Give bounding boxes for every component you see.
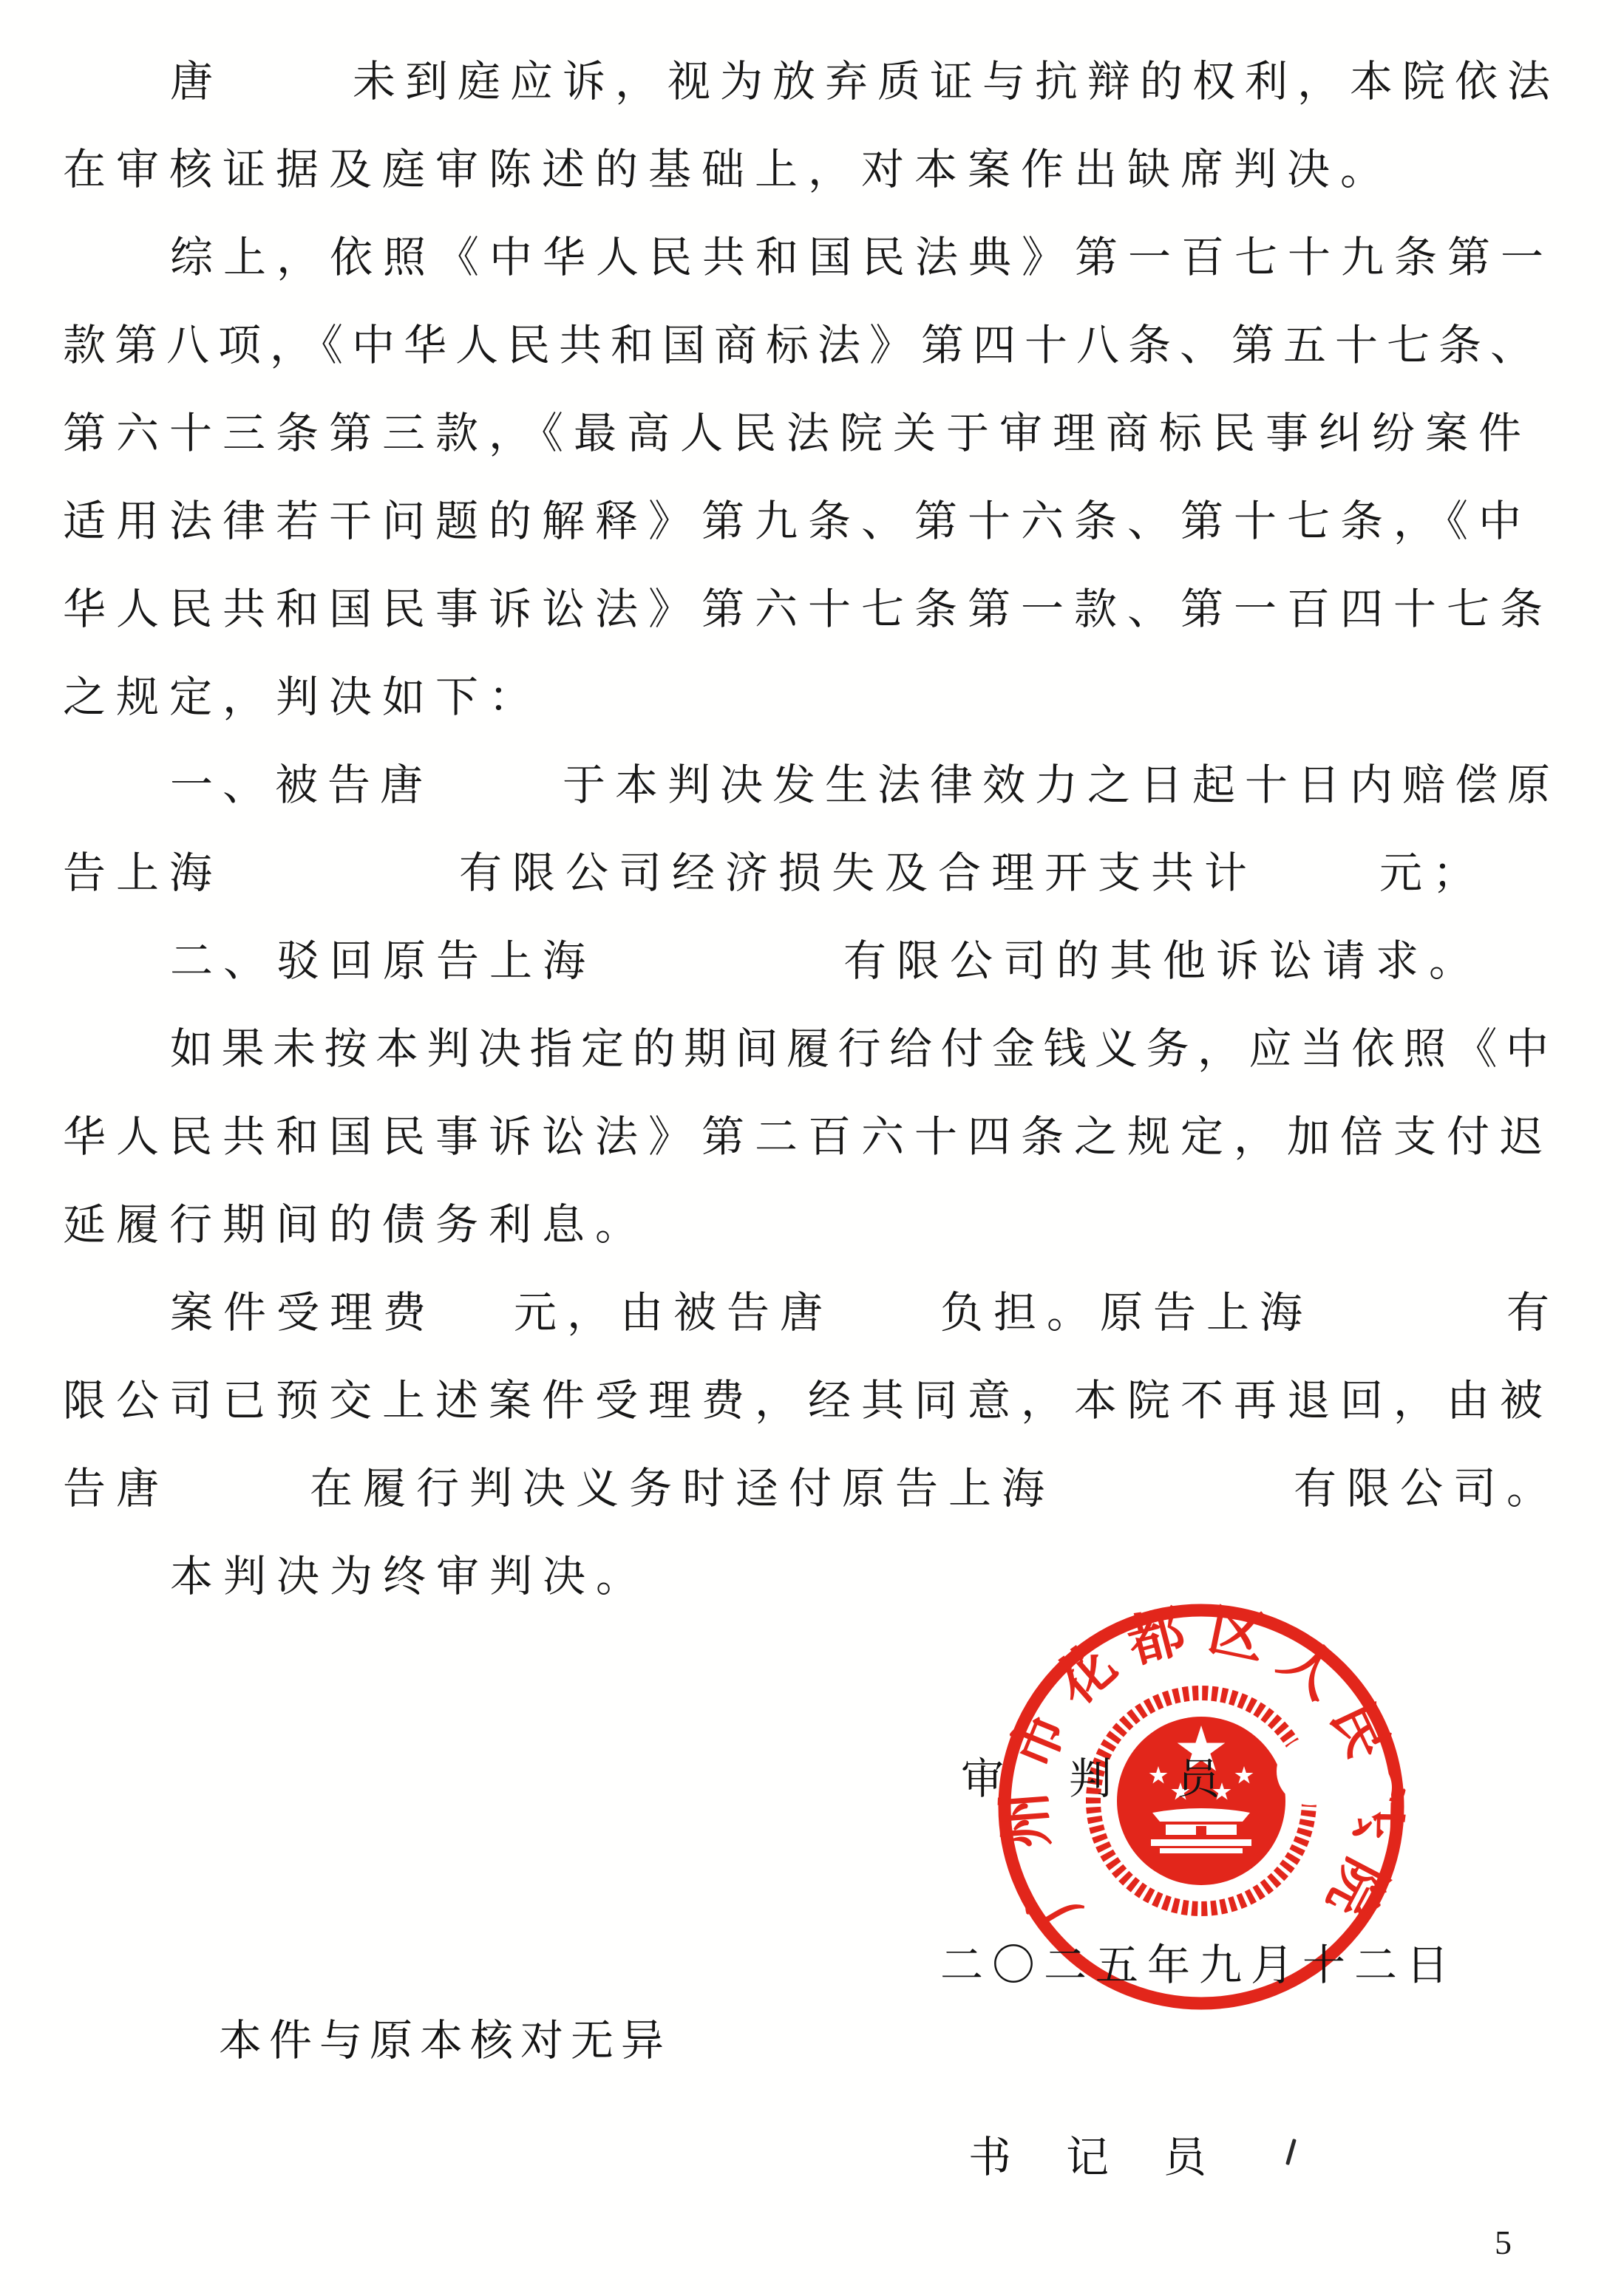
body-text-segment: 第六十三条第三款，《最高人民法院关于审理商标民事纠纷案件 (63, 398, 1532, 460)
body-text-segment: 告上海 (63, 838, 222, 900)
judgment-body: 唐未到庭应诉，视为放弃质证与抗辩的权利，本院依法在审核证据及庭审陈述的基础上，对… (63, 33, 1563, 1616)
body-line: 延履行期间的债务利息。 (63, 1176, 1563, 1264)
body-line: 限公司已预交上述案件受理费，经其同意，本院不再退回，由被 (63, 1352, 1563, 1440)
body-text-segment: 在审核证据及庭审陈述的基础上，对本案作出缺席判决。 (63, 134, 1393, 197)
body-text-segment: 元，由被告唐 (514, 1278, 833, 1340)
body-text-segment: 案件受理费 (170, 1278, 436, 1340)
body-text-segment: 如果未按本判决指定的期间履行给付金钱义务，应当依照《中 (170, 1014, 1557, 1076)
body-line: 一、被告唐于本判决发生法律效力之日起十日内赔偿原 (63, 737, 1563, 825)
body-text-segment: 之规定，判决如下： (63, 662, 542, 724)
body-line: 二、驳回原告上海有限公司的其他诉讼请求。 (63, 913, 1563, 1001)
body-line: 告上海有限公司经济损失及合理开支共计元； (63, 825, 1563, 913)
body-text-segment: 本判决为终审判决。 (170, 1542, 649, 1604)
body-text-segment: 唐 (170, 47, 222, 109)
body-text-segment: 有 (1506, 1278, 1560, 1340)
body-text-segment: 一、被告唐 (170, 750, 432, 812)
body-text-segment: 有限公司。 (1294, 1454, 1560, 1516)
judgment-date: 二〇二五年九月十二日 (940, 1930, 1458, 1992)
judge-label: 审 判 员 (961, 1744, 1231, 1806)
body-line: 款第八项，《中华人民共和国商标法》第四十八条、第五十七条、 (63, 297, 1563, 385)
body-text-segment: 二、驳回原告上海 (170, 926, 596, 988)
body-text-segment: 负担。原告上海 (940, 1278, 1313, 1340)
body-line: 华人民共和国民事诉讼法》第二百六十四条之规定，加倍支付迟 (63, 1089, 1563, 1176)
body-text-segment: 款第八项，《中华人民共和国商标法》第四十八条、第五十七条、 (63, 310, 1542, 372)
clerk-label: 书 记 员 (968, 2122, 1212, 2184)
body-text-segment: 告唐 (63, 1454, 169, 1516)
clerk-signature-mark (1285, 2139, 1297, 2165)
body-text-segment: 有限公司的其他诉讼请求。 (843, 926, 1482, 988)
body-text-segment: 综上，依照《中华人民共和国民法典》第一百七十九条第一 (170, 222, 1554, 285)
judgment-page: 唐未到庭应诉，视为放弃质证与抗辩的权利，本院依法在审核证据及庭审陈述的基础上，对… (0, 0, 1624, 2296)
body-line: 第六十三条第三款，《最高人民法院关于审理商标民事纠纷案件 (63, 385, 1563, 473)
body-line: 案件受理费元，由被告唐负担。原告上海有 (63, 1264, 1563, 1352)
body-text-segment: 有限公司经济损失及合理开支共计 (459, 838, 1257, 900)
body-line: 之规定，判决如下： (63, 649, 1563, 737)
page-number: 5 (1495, 2223, 1512, 2262)
body-text-segment: 适用法律若干问题的解释》第九条、第十六条、第十七条，《中 (63, 486, 1532, 548)
body-line: 华人民共和国民事诉讼法》第六十七条第一款、第一百四十七条 (63, 561, 1563, 649)
body-text-segment: 元； (1379, 838, 1486, 900)
body-text-segment: 在履行判决义务时迳付原告上海 (310, 1454, 1055, 1516)
body-text-segment: 延履行期间的债务利息。 (63, 1190, 648, 1252)
body-line: 告唐在履行判决义务时迳付原告上海有限公司。 (63, 1440, 1563, 1528)
body-text-segment: 限公司已预交上述案件受理费，经其同意，本院不再退回，由被 (63, 1366, 1553, 1428)
gate-door (1196, 1826, 1206, 1835)
body-text-segment: 华人民共和国民事诉讼法》第二百六十四条之规定，加倍支付迟 (63, 1102, 1553, 1164)
body-line: 适用法律若干问题的解释》第九条、第十六条、第十七条，《中 (63, 473, 1563, 561)
body-line: 如果未按本判决指定的期间履行给付金钱义务，应当依照《中 (63, 1001, 1563, 1089)
body-text-segment: 未到庭应诉，视为放弃质证与抗辩的权利，本院依法 (353, 47, 1560, 109)
body-text-segment: 于本判决发生法律效力之日起十日内赔偿原 (563, 750, 1560, 812)
body-line: 综上，依照《中华人民共和国民法典》第一百七十九条第一 (63, 209, 1563, 297)
body-text-segment: 华人民共和国民事诉讼法》第六十七条第一款、第一百四十七条 (63, 574, 1553, 636)
body-line: 唐未到庭应诉，视为放弃质证与抗辩的权利，本院依法 (63, 33, 1563, 121)
certification-note: 本件与原本核对无异 (219, 2006, 671, 2068)
body-line: 在审核证据及庭审陈述的基础上，对本案作出缺席判决。 (63, 121, 1563, 209)
